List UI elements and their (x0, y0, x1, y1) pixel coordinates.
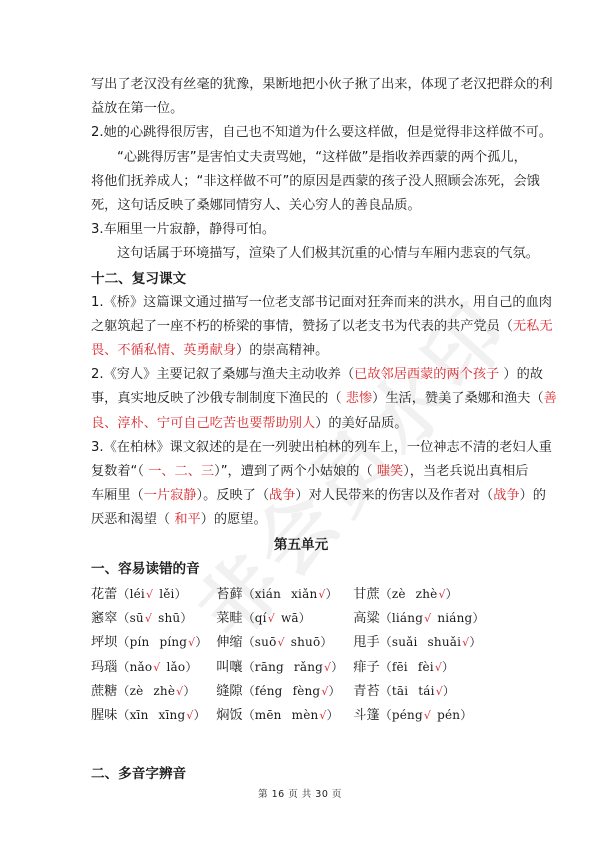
pinyin-item: 焖饭（mēnmèn√） (216, 703, 353, 728)
body-text: 写出了老汉没有丝毫的犹豫，果断地把小伙子揪了出来，体现了老汉把群众的利 (91, 77, 553, 92)
review-line: 事，真实地反映了沙俄专制制度下渔民的（ 悲惨）生活，赞美了桑娜和渔夫（善 (91, 387, 511, 411)
word: 甘蔗 (353, 587, 379, 602)
pinyin-options: （péng√pén） (380, 708, 473, 722)
answer-text: 战争 (269, 488, 295, 503)
check-icon: √ (186, 709, 193, 722)
word: 高粱 (353, 611, 379, 626)
body-text: ）的 (520, 488, 546, 503)
pinyin-row: 窸窣（sū√shū）菜畦（qí√wā）高粱（liáng√niáng） (91, 606, 511, 630)
pinyin-item: 坪坝（pínpíng√） (91, 630, 216, 655)
pinyin-options: （sū√shū） (117, 611, 192, 625)
text-line: 这句话属于环境描写，渲染了人们极其沉重的心情与车厢内悲哀的气氛。 (91, 242, 511, 266)
body-text: 事，真实地反映了沙俄专制制度下渔民的（ (91, 391, 346, 406)
pinyin-options: （léi√lěi） (117, 587, 186, 601)
answer-text: 良、淳朴、宁可自己吃苦也要帮助别人 (91, 416, 315, 431)
page-footer: 第 16 页 共 30 页 (0, 786, 600, 800)
pinyin-item: 痱子（fēifèi√） (353, 655, 511, 680)
answer-text: 嗤笑 (377, 464, 403, 479)
word: 玛瑙 (91, 660, 117, 675)
pinyin-item: 苔藓（xiánxiǎn√） (216, 582, 353, 607)
body-text: 1.《桥》这篇课文通过描写一位老支部书记面对狂奔而来的洪水，用自己的血肉 (91, 295, 552, 310)
pinyin-options: （mēnmèn√） (243, 708, 339, 722)
body-text: ）对人民带来的伤害以及作者对（ (295, 488, 493, 503)
answer-text: 善 (544, 391, 557, 406)
explanation-paragraphs: 写出了老汉没有丝毫的犹豫，果断地把小伙子揪了出来，体现了老汉把群众的利益放在第一… (91, 73, 511, 267)
body-text: 3.车厢里一片寂静，静得可怕。 (91, 222, 275, 237)
word: 腥味 (91, 708, 117, 723)
review-line: 2.《穷人》主要记叙了桑娜与渔夫主动收养（已故邻居西蒙的两个孩子 ）的故 (91, 363, 511, 387)
check-icon: √ (145, 612, 152, 625)
pinyin-item: 菜畦（qí√wā） (216, 606, 353, 631)
answer-text: 畏、不循私情、英勇献身 (91, 343, 236, 358)
body-text: 厌恶和渴望（ (91, 512, 174, 527)
word: 甩手 (353, 635, 379, 650)
text-line: 2.她的心跳得很厉害，自己也不知道为什么要这样做，但是觉得非这样做不可。 (91, 121, 511, 145)
answer-text: 一片寂静 (144, 488, 197, 503)
review-line: 1.《桥》这篇课文通过描写一位老支部书记面对狂奔而来的洪水，用自己的血肉 (91, 291, 511, 315)
pinyin-options: （tāitái√） (380, 684, 455, 698)
pinyin-item: 窸窣（sū√shū） (91, 606, 216, 631)
body-text: ）。反映了（ (197, 488, 270, 503)
section-heading-review: 十二、复习课文 (91, 267, 511, 291)
pinyin-row: 腥味（xīnxīng√）焖饭（mēnmèn√）斗篷（péng√pén） (91, 704, 511, 728)
word: 苔藓 (216, 587, 242, 602)
body-text: 3.《在柏林》课文叙述的是在一列驶出柏林的列车上，一位神志不清的老妇人重 (91, 440, 552, 455)
pinyin-row: 花蕾（léi√lěi）苔藓（xiánxiǎn√）甘蔗（zèzhè√） (91, 582, 511, 606)
check-icon: √ (324, 661, 331, 674)
pinyin-options: （qí√wā） (243, 611, 311, 625)
answer-text: 一、二、三 (148, 464, 214, 479)
unit-title: 第五单元 (91, 533, 511, 557)
text-line: 3.车厢里一片寂静，静得可怕。 (91, 218, 511, 242)
body-text: 这句话属于环境描写，渲染了人们极其沉重的心情与车厢内悲哀的气氛。 (117, 246, 539, 261)
pinyin-options: （xiánxiǎn√） (243, 587, 338, 601)
word: 青苔 (353, 684, 379, 699)
body-text: 2.《穷人》主要记叙了桑娜与渔夫主动收养（ (91, 367, 354, 382)
word: 菜畦 (216, 611, 242, 626)
pinyin-options: （suō√shuō） (243, 635, 333, 649)
word: 斗篷 (353, 708, 379, 723)
check-icon: √ (438, 588, 445, 601)
word: 缝隙 (216, 684, 242, 699)
pinyin-item: 甘蔗（zèzhè√） (353, 582, 511, 607)
text-line: “心跳得厉害”是害怕丈夫责骂她，“这样做”是指收养西蒙的两个孤儿， (91, 146, 511, 170)
spacer (91, 728, 511, 762)
body-text: ）的愿望。 (201, 512, 267, 527)
review-line: 厌恶和渴望（ 和平）的愿望。 (91, 508, 511, 532)
check-icon: √ (176, 685, 183, 698)
answer-text: 已故邻居西蒙的两个孩子 (354, 367, 499, 382)
word: 窸窣 (91, 611, 117, 626)
body-text: 将他们抚养成人；“非这样做不可”的原因是西蒙的孩子没人照顾会冻死，会饿 (91, 174, 540, 189)
pinyin-item: 花蕾（léi√lěi） (91, 582, 216, 607)
pinyin-item: 青苔（tāitái√） (353, 679, 511, 704)
body-text: 车厢里（ (91, 488, 144, 503)
answer-text: 无私无 (513, 319, 553, 334)
body-text: ）”，遭到了两个小姑娘的（ (214, 464, 377, 479)
check-icon: √ (319, 709, 326, 722)
check-icon: √ (435, 661, 442, 674)
pinyin-options: （féngfèng√） (243, 684, 341, 698)
pinyin-item: 玛瑙（nǎo√lǎo） (91, 655, 216, 680)
check-icon: √ (318, 588, 325, 601)
text-line: 写出了老汉没有丝毫的犹豫，果断地把小伙子揪了出来，体现了老汉把群众的利 (91, 73, 511, 97)
body-text: 之躯筑起了一座不朽的桥梁的事情，赞扬了以老支书为代表的共产党员（ (91, 319, 513, 334)
pinyin-row: 坪坝（pínpíng√）伸缩（suō√shuō）甩手（suǎishuǎi√） (91, 631, 511, 655)
text-line: 死，这句话反映了桑娜同情穷人、关心穷人的善良品质。 (91, 194, 511, 218)
word: 叫嚷 (216, 660, 242, 675)
word: 伸缩 (216, 635, 242, 650)
body-text: 复数着“（ (91, 464, 148, 479)
word: 痱子 (353, 660, 379, 675)
body-text: ）生活，赞美了桑娜和渔夫（ (372, 391, 543, 406)
pinyin-options: （liáng√niáng） (380, 611, 485, 625)
answer-text: 悲惨 (346, 391, 372, 406)
check-icon: √ (153, 661, 160, 674)
answer-text: 和平 (174, 512, 200, 527)
body-text: ）的美好品质。 (315, 416, 407, 431)
pinyin-row: 蔗糖（zèzhè√）缝隙（féngfèng√）青苔（tāitái√） (91, 680, 511, 704)
review-line: 3.《在柏林》课文叙述的是在一列驶出柏林的列车上，一位神志不清的老妇人重 (91, 436, 511, 460)
body-text: 2.她的心跳得很厉害，自己也不知道为什么要这样做，但是觉得非这样做不可。 (91, 125, 552, 140)
review-line: 之躯筑起了一座不朽的桥梁的事情，赞扬了以老支书为代表的共产党员（无私无 (91, 315, 511, 339)
body-text: 益放在第一位。 (91, 101, 183, 116)
review-line: 良、淳朴、宁可自己吃苦也要帮助别人）的美好品质。 (91, 412, 511, 436)
body-text: 死，这句话反映了桑娜同情穷人、关心穷人的善良品质。 (91, 198, 421, 213)
body-text: “心跳得厉害”是害怕丈夫责骂她，“这样做”是指收养西蒙的两个孤儿， (117, 150, 527, 165)
section-heading-polyphonic: 二、多音字辨音 (91, 762, 511, 786)
review-paragraphs: 1.《桥》这篇课文通过描写一位老支部书记面对狂奔而来的洪水，用自己的血肉之躯筑起… (91, 291, 511, 533)
pinyin-item: 斗篷（péng√pén） (353, 703, 511, 728)
check-icon: √ (278, 636, 285, 649)
word: 花蕾 (91, 587, 117, 602)
pinyin-item: 高粱（liáng√niáng） (353, 606, 511, 631)
review-line: 车厢里（一片寂静）。反映了（战争）对人民带来的伤害以及作者对（战争）的 (91, 484, 511, 508)
check-icon: √ (424, 709, 431, 722)
section-heading-pronunciation: 一、容易读错的音 (91, 557, 511, 581)
pinyin-table: 花蕾（léi√lěi）苔藓（xiánxiǎn√）甘蔗（zèzhè√）窸窣（sū√… (91, 582, 511, 728)
document-page: 非会员水印 写出了老汉没有丝毫的犹豫，果断地把小伙子揪了出来，体现了老汉把群众的… (0, 0, 600, 848)
pinyin-options: （pínpíng√） (117, 635, 207, 649)
pinyin-item: 缝隙（féngfèng√） (216, 679, 353, 704)
check-icon: √ (321, 685, 328, 698)
pinyin-options: （xīnxīng√） (117, 708, 205, 722)
body-text: ）的崇高精神。 (236, 343, 328, 358)
text-line: 益放在第一位。 (91, 97, 511, 121)
answer-text: 战争 (493, 488, 519, 503)
pinyin-options: （fēifèi√） (380, 660, 455, 674)
check-icon: √ (424, 612, 431, 625)
text-line: 将他们抚养成人；“非这样做不可”的原因是西蒙的孩子没人照顾会冻死，会饿 (91, 170, 511, 194)
pinyin-options: （rāngrǎng√） (243, 660, 344, 674)
pinyin-item: 伸缩（suō√shuō） (216, 630, 353, 655)
body-text: ）的故 (499, 367, 543, 382)
review-line: 复数着“（ 一、二、三）”，遭到了两个小姑娘的（ 嗤笑），当老兵说出真相后 (91, 460, 511, 484)
pinyin-item: 叫嚷（rāngrǎng√） (216, 655, 353, 680)
pinyin-item: 甩手（suǎishuǎi√） (353, 630, 511, 655)
pinyin-item: 蔗糖（zèzhè√） (91, 679, 216, 704)
pinyin-options: （suǎishuǎi√） (380, 635, 482, 649)
pinyin-options: （zèzhè√） (117, 684, 195, 698)
check-icon: √ (436, 685, 443, 698)
word: 焖饭 (216, 708, 242, 723)
pinyin-options: （zèzhè√） (380, 587, 458, 601)
pinyin-row: 玛瑙（nǎo√lǎo）叫嚷（rāngrǎng√）痱子（fēifèi√） (91, 655, 511, 679)
check-icon: √ (268, 612, 275, 625)
check-icon: √ (462, 636, 469, 649)
pinyin-options: （nǎo√lǎo） (117, 660, 197, 674)
check-icon: √ (146, 588, 153, 601)
word: 坪坝 (91, 635, 117, 650)
review-line: 畏、不循私情、英勇献身）的崇高精神。 (91, 339, 511, 363)
pinyin-item: 腥味（xīnxīng√） (91, 703, 216, 728)
body-text: ），当老兵说出真相后 (403, 464, 528, 479)
page-content: 写出了老汉没有丝毫的犹豫，果断地把小伙子揪了出来，体现了老汉把群众的利益放在第一… (91, 73, 511, 786)
check-icon: √ (188, 636, 195, 649)
word: 蔗糖 (91, 684, 117, 699)
